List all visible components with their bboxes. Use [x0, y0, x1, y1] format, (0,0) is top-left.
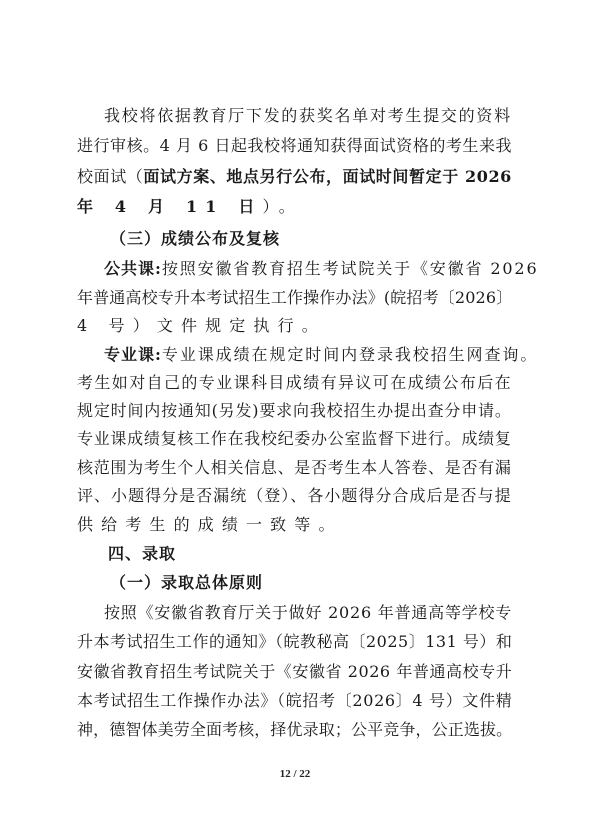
major-course-line6: 评、小题得分是否漏统（登）、各小题得分合成后是否与提 [77, 486, 517, 506]
major-course-line1: 专业课:专业课成绩在规定时间内登录我校招生网查询。 [104, 345, 544, 365]
public-course-line2: 年普通高校专升本考试招生工作操作办法》(皖招考〔2026〕 [77, 288, 517, 308]
major-course-line7: 供给考生的成绩一致等。 [77, 515, 517, 535]
para1-line3: 校面试（面试方案、地点另行公布，面试时间暂定于 2026 [77, 167, 517, 187]
major-course-line2: 考生如对自己的专业课科目成绩有异议可在成绩公布后在 [77, 373, 517, 393]
document-page: 我校将依据教育厅下发的获奖名单对考生提交的资料 进行审核。4 月 6 日起我校将… [0, 0, 590, 836]
para1-line1: 我校将依据教育厅下发的获奖名单对考生提交的资料 [104, 106, 544, 126]
admission-line5: 神，德智体美劳全面考核，择优录取；公平竞争，公正选拔。 [77, 720, 517, 740]
section4-heading: 四、录取 [108, 544, 548, 564]
page-number: 12 / 22 [0, 768, 590, 780]
major-course-line3: 规定时间内按通知(另发)要求向我校招生办提出查分申请。 [77, 401, 517, 421]
public-course-line1: 公共课:按照安徽省教育招生考试院关于《安徽省 2026 [104, 259, 544, 279]
major-course-line4: 专业课成绩复核工作在我校纪委办公室监督下进行。成绩复 [77, 429, 517, 449]
public-course-line3: 4 号）文件规定执行。 [77, 316, 517, 336]
admission-line1: 按照《安徽省教育厅关于做好 2026 年普通高等学校专 [104, 603, 544, 623]
major-course-label: 专业课: [104, 345, 162, 364]
para1-line4-bold: 年 4 月 11 日 [77, 197, 263, 216]
para1-line3-normal: 校面试（ [77, 167, 143, 186]
major-course-text1: 专业课成绩在规定时间内登录我校招生网查询。 [162, 345, 538, 364]
para1-line4-normal: ）。 [263, 197, 303, 216]
major-course-line5: 核范围为考生个人相关信息、是否考生本人答卷、是否有漏 [77, 458, 517, 478]
section3-heading: （三）成绩公布及复核 [110, 229, 550, 249]
para1-line2: 进行审核。4 月 6 日起我校将通知获得面试资格的考生来我 [77, 136, 517, 156]
admission-line4: 本考试招生工作操作办法》（皖招考〔2026〕4 号）文件精 [77, 691, 517, 711]
public-course-text1: 按照安徽省教育招生考试院关于《安徽省 2026 [162, 259, 539, 278]
para1-line4: 年 4 月 11 日）。 [77, 197, 517, 217]
admission-line2: 升本考试招生工作的通知》（皖教秘高〔2025〕131 号）和 [77, 632, 517, 652]
public-course-label: 公共课: [104, 259, 162, 278]
section4-1-heading: （一）录取总体原则 [110, 573, 550, 593]
para1-line3-bold: 面试方案、地点另行公布，面试时间暂定于 2026 [143, 167, 512, 186]
admission-line3: 安徽省教育招生考试院关于《安徽省 2026 年普通高校专升 [77, 662, 517, 682]
